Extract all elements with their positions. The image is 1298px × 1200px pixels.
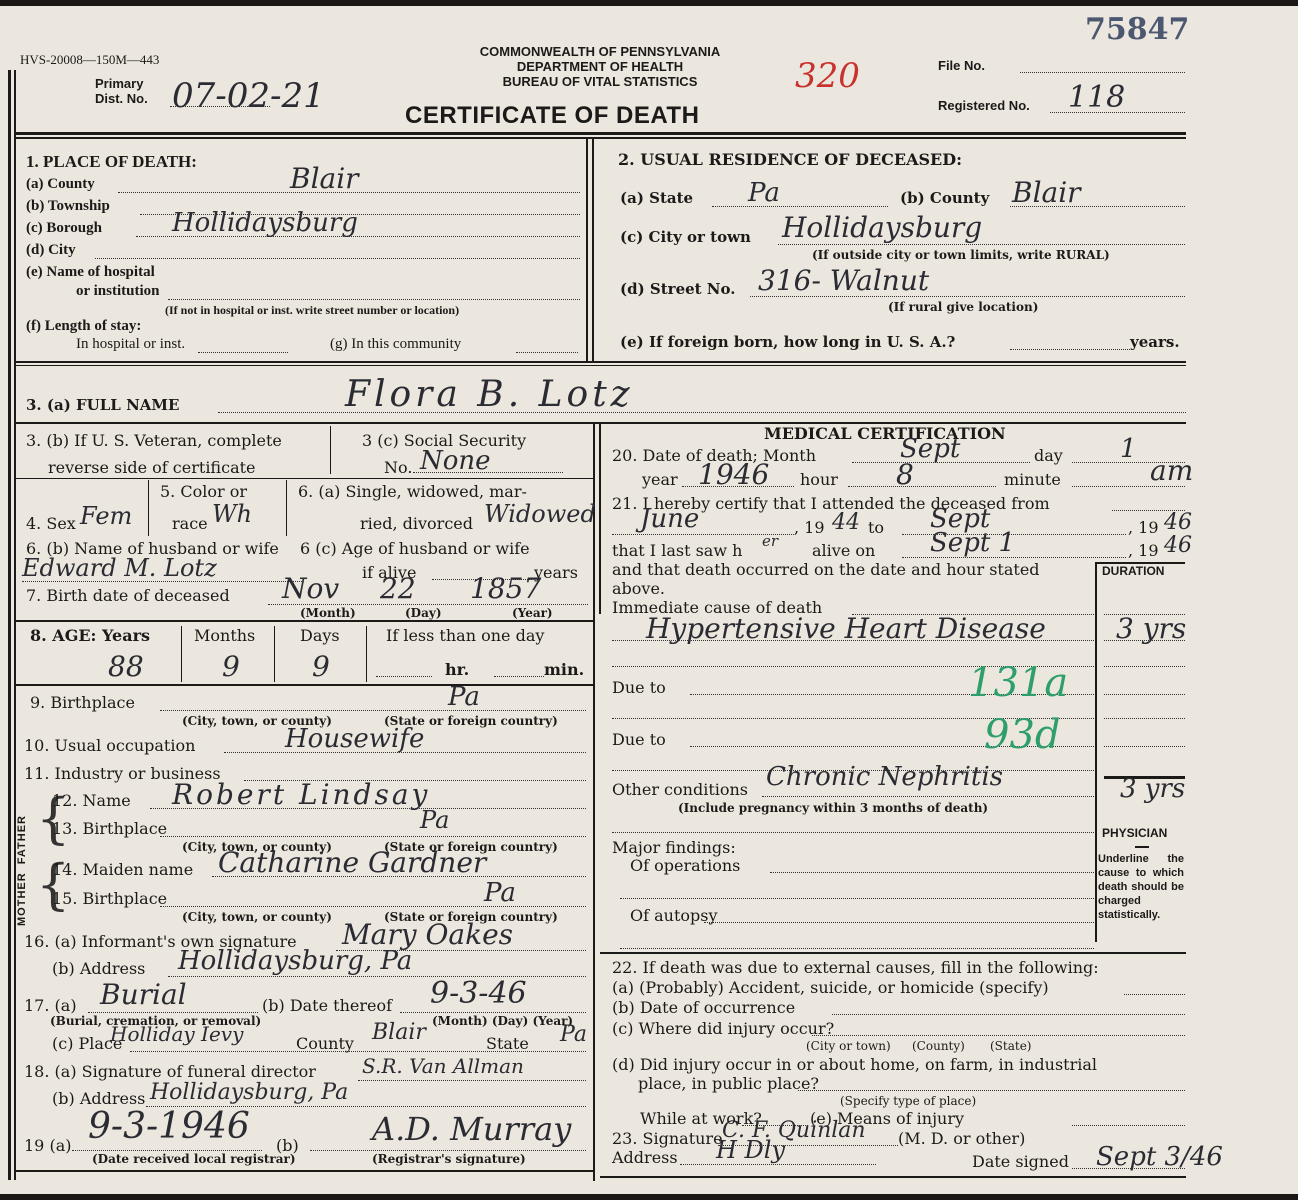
duration-heading: DURATION xyxy=(1102,564,1164,578)
foreign-born-label: (e) If foreign born, how long in U. S. A… xyxy=(620,333,955,351)
agency-commonwealth: COMMONWEALTH OF PENNSYLVANIA xyxy=(420,44,780,59)
birth-date-label: 7. Birth date of deceased xyxy=(26,586,230,605)
hr-field[interactable] xyxy=(376,676,432,677)
rule-3 xyxy=(16,478,593,479)
birthplace-label: 9. Birthplace xyxy=(30,693,135,712)
race-value: Wh xyxy=(212,500,252,528)
veteran-divider xyxy=(330,426,331,474)
death-hour-line xyxy=(848,486,996,487)
external-c-city-note: (City or town) xyxy=(806,1039,891,1053)
days-label: Days xyxy=(300,626,340,645)
mother-maiden-value: Catharine Gardner xyxy=(218,846,486,879)
occurred-label: and that death occurred on the date and … xyxy=(612,560,1040,579)
birth-year-note: (Year) xyxy=(512,606,553,620)
color-label: 5. Color or xyxy=(160,482,247,501)
alive-year: 46 xyxy=(1164,533,1192,558)
date-received-line xyxy=(72,1150,262,1151)
autopsy-field[interactable] xyxy=(704,922,1094,923)
race-label: race xyxy=(172,514,208,533)
funeral-address-value: Hollidaysburg, Pa xyxy=(150,1080,348,1105)
birth-month-note: (Month) xyxy=(300,606,356,620)
external-c-label: (c) Where did injury occur? xyxy=(612,1019,834,1038)
header-rule-2 xyxy=(16,137,1186,139)
other-conditions-note: (Include pregnancy within 3 months of de… xyxy=(678,801,988,815)
external-heading: 22. If death was due to external causes,… xyxy=(612,958,1099,977)
sex-value: Fem xyxy=(80,502,132,530)
city-label: (d) City xyxy=(26,242,76,259)
father-tag: FATHER xyxy=(16,815,28,864)
disposition-method-value: Burial xyxy=(100,978,187,1011)
external-b-field[interactable] xyxy=(832,1014,1185,1015)
death-year-label: year xyxy=(642,470,678,489)
hr-label: hr. xyxy=(445,660,469,679)
informant-address-value: Hollidaysburg, Pa xyxy=(178,946,412,976)
disposition-date-note: (Month) (Day) (Year) xyxy=(432,1014,573,1028)
county-value: Blair xyxy=(290,162,359,195)
other-conditions-line xyxy=(762,796,1094,797)
age-divider-1 xyxy=(181,626,182,682)
alive-on-value: Sept 1 xyxy=(930,528,1015,558)
spouse-value: Edward M. Lotz xyxy=(22,554,217,582)
rule-5 xyxy=(16,684,593,686)
death-hour-label: hour xyxy=(800,470,838,489)
foreign-born-suffix: years. xyxy=(1130,333,1180,351)
county-label: (a) County xyxy=(26,176,95,193)
form-code: HVS-20008—150M—443 xyxy=(20,52,159,68)
township-label: (b) Township xyxy=(26,198,110,215)
spouse-age-label: 6 (c) Age of husband or wife xyxy=(300,539,530,558)
operations-field[interactable] xyxy=(770,872,1094,873)
residence-state-label: (a) State xyxy=(620,189,693,207)
father-name-value: Robert Lindsay xyxy=(172,778,430,811)
mother-birthplace-value: Pa xyxy=(484,878,516,908)
birthplace-line xyxy=(160,710,586,711)
due-to-label-2: Due to xyxy=(612,730,666,749)
mother-maiden-label: 14. Maiden name xyxy=(52,860,193,879)
hospital-field[interactable] xyxy=(168,299,580,300)
duration-line-2 xyxy=(1104,666,1185,667)
birthplace-value: Pa xyxy=(448,682,480,712)
age-label: 8. AGE: Years xyxy=(30,626,150,645)
bottom-rule-right xyxy=(600,1176,1186,1178)
informant-address-label: (b) Address xyxy=(52,959,145,978)
occupation-value: Housewife xyxy=(285,724,424,754)
certify-to-year: 46 xyxy=(1164,510,1192,535)
rule-4 xyxy=(16,620,593,622)
father-birthplace-value: Pa xyxy=(420,806,449,834)
mother-birthplace-label: 15. Birthplace xyxy=(52,889,167,908)
disposition-line xyxy=(88,1012,258,1013)
date-received-note: (Date received local registrar) xyxy=(92,1152,296,1166)
disposition-date-line xyxy=(400,1012,586,1013)
less-day-label: If less than one day xyxy=(386,626,544,645)
physician-heading: PHYSICIAN xyxy=(1102,826,1167,840)
residence-street-note: (If rural give location) xyxy=(888,300,1038,314)
hospital-label: (e) Name of hospital xyxy=(26,264,155,281)
death-certificate: HVS-20008—150M—443 Primary Dist. No. 07-… xyxy=(0,6,1298,1194)
stamp-number: 75847 xyxy=(1085,12,1189,47)
agency-bureau: BUREAU OF VITAL STATISTICS xyxy=(420,74,780,89)
months-label: Months xyxy=(194,626,255,645)
alive-year-prefix: , 19 xyxy=(1128,541,1159,560)
residence-city-note: (If outside city or town limits, write R… xyxy=(812,248,1110,262)
autopsy-field-2[interactable] xyxy=(620,948,1094,949)
disposition-state-label: State xyxy=(486,1034,529,1053)
occupation-label: 10. Usual occupation xyxy=(24,736,195,755)
disposition-county-label: County xyxy=(296,1034,354,1053)
funeral-director-label: 18. (a) Signature of funeral director xyxy=(24,1062,316,1081)
stay-hospital-label: In hospital or inst. xyxy=(76,336,185,353)
funeral-director-line xyxy=(358,1080,586,1081)
date-signed-label: Date signed xyxy=(972,1152,1069,1171)
birth-day: 22 xyxy=(380,572,416,605)
min-field[interactable] xyxy=(494,676,544,677)
file-no-field[interactable] xyxy=(1020,72,1185,73)
bottom-rule-left xyxy=(16,1170,593,1172)
section-divider xyxy=(586,139,588,361)
lower-divider xyxy=(593,424,595,1181)
disposition-place-value: Holliday Ievy xyxy=(110,1022,243,1046)
death-minute-value: am xyxy=(1150,454,1193,487)
cause-line-8 xyxy=(612,832,1094,833)
immediate-duration: 3 yrs xyxy=(1116,612,1186,645)
physician-dash xyxy=(1135,846,1149,848)
min-label: min. xyxy=(544,660,584,679)
veteran-label: 3. (b) If U. S. Veteran, complete xyxy=(26,431,282,450)
major-findings-label: Major findings: xyxy=(612,838,736,857)
full-name-value: Flora B. Lotz xyxy=(345,374,634,415)
external-c-field[interactable] xyxy=(812,1035,1185,1036)
red-annotation: 320 xyxy=(795,56,860,96)
primary-dist-value: 07-02-21 xyxy=(172,76,325,116)
disposition-label: 17. (a) xyxy=(24,996,77,1015)
residence-city-label: (c) City or town xyxy=(620,228,751,246)
veteran-label-2: reverse side of certificate xyxy=(48,458,256,477)
rule-2 xyxy=(16,422,1186,424)
last-saw-pronoun: er xyxy=(762,532,778,550)
parents-tag: MOTHER FATHER xyxy=(16,796,34,926)
physician-address-label: Address xyxy=(612,1148,678,1167)
certify-to-label: to xyxy=(868,518,884,537)
primary-label: Primary xyxy=(95,76,148,91)
physician-signature-suffix: (M. D. or other) xyxy=(898,1129,1025,1148)
due-to-1-code: 131a xyxy=(968,660,1068,706)
registered-no-label: Registered No. xyxy=(938,98,1030,113)
external-d-field[interactable] xyxy=(798,1090,1185,1091)
duration-line-3 xyxy=(1104,694,1185,695)
marital-value: Widowed xyxy=(484,500,596,528)
father-birthplace-label: 13. Birthplace xyxy=(52,819,167,838)
birth-day-note: (Day) xyxy=(405,606,442,620)
left-border xyxy=(8,70,11,1180)
death-day-value: 1 xyxy=(1120,434,1137,464)
residence-street-label: (d) Street No. xyxy=(620,280,735,298)
disposition-state-value: Pa xyxy=(560,1022,587,1047)
agency-department: DEPARTMENT OF HEALTH xyxy=(420,59,780,74)
father-birthplace-line xyxy=(160,836,586,837)
ssn-value: None xyxy=(420,446,491,476)
rule-1 xyxy=(16,361,1186,363)
certify-from-year: 44 xyxy=(832,510,860,535)
physician-signature-label: 23. Signature xyxy=(612,1129,723,1148)
due-to-2-code: 93d xyxy=(984,712,1061,758)
last-saw-label: that I last saw h xyxy=(612,541,742,560)
city-field[interactable] xyxy=(95,258,580,259)
mother-birthplace-city-note: (City, town, or county) xyxy=(182,910,332,924)
stay-community-label: (g) In this community xyxy=(330,336,461,353)
residence-city-value: Hollidaysburg xyxy=(782,211,982,244)
residence-city-line xyxy=(778,244,1185,245)
registrar-signature-note: (Registrar's signature) xyxy=(372,1152,526,1166)
institution-label: or institution xyxy=(76,283,160,300)
agency-block: COMMONWEALTH OF PENNSYLVANIA DEPARTMENT … xyxy=(420,44,780,89)
external-c-state-note: (State) xyxy=(990,1039,1031,1053)
registrar-signature-value: A.D. Murray xyxy=(372,1110,571,1148)
other-duration: 3 yrs xyxy=(1120,774,1185,804)
disposition-county-value: Blair xyxy=(372,1020,426,1045)
primary-dist-label: Primary Dist. No. xyxy=(95,76,148,106)
place-of-death-heading: 1. PLACE OF DEATH: xyxy=(26,152,197,172)
registrar-label-b: (b) xyxy=(276,1136,299,1155)
death-year-value: 1946 xyxy=(698,458,769,491)
marital-label-2: ried, divorced xyxy=(360,514,473,533)
mother-birthplace-line xyxy=(160,906,586,907)
lower-divider-b xyxy=(599,424,601,614)
birth-year: 1857 xyxy=(470,572,541,605)
immediate-cause-value: Hypertensive Heart Disease xyxy=(646,612,1046,645)
registrar-signature-line xyxy=(310,1150,586,1151)
father-name-label: 12. Name xyxy=(52,791,131,810)
disposition-date-value: 9-3-46 xyxy=(430,976,527,1011)
rule-1b xyxy=(16,365,1186,366)
certify-to-year-prefix: , 19 xyxy=(1128,518,1159,537)
full-name-label: 3. (a) FULL NAME xyxy=(26,396,179,414)
date-received-value: 9-3-1946 xyxy=(88,1106,250,1147)
stay-community-field[interactable] xyxy=(516,352,578,353)
residence-state-value: Pa xyxy=(748,178,780,208)
alive-on-label: alive on xyxy=(812,541,875,560)
residence-heading: 2. USUAL RESIDENCE OF DECEASED: xyxy=(618,150,962,169)
date-signed-value: Sept 3/46 xyxy=(1096,1142,1223,1172)
residence-county-value: Blair xyxy=(1012,176,1081,209)
external-b-label: (b) Date of occurrence xyxy=(612,998,795,1017)
operations-label: Of operations xyxy=(630,856,740,875)
marital-label: 6. (a) Single, widowed, mar- xyxy=(298,482,527,501)
death-minute-label: minute xyxy=(1004,470,1061,489)
medical-heading: MEDICAL CERTIFICATION xyxy=(764,424,1006,443)
certify-from-year-prefix: , 19 xyxy=(794,518,825,537)
sex-divider xyxy=(148,480,149,536)
disposition-date-label: (b) Date thereof xyxy=(262,996,392,1015)
borough-value: Hollidaysburg xyxy=(172,208,358,238)
other-conditions-label: Other conditions xyxy=(612,780,748,799)
page-title: CERTIFICATE OF DEATH xyxy=(405,102,699,130)
means-of-injury-field[interactable] xyxy=(1072,1125,1185,1126)
external-d-label-2: place, in public place? xyxy=(638,1074,819,1093)
residence-street-value: 316- Walnut xyxy=(758,264,929,297)
physician-note: Underline the cause to which death shoul… xyxy=(1098,852,1184,922)
spouse-line xyxy=(22,581,302,582)
residence-state-line xyxy=(712,206,888,207)
duration-line-5 xyxy=(1104,746,1185,747)
external-d-label: (d) Did injury occur in or about home, o… xyxy=(612,1055,1097,1074)
foreign-born-field[interactable] xyxy=(1010,349,1130,350)
physician-address-value: H Dly xyxy=(716,1136,785,1164)
other-conditions-value: Chronic Nephritis xyxy=(766,762,1003,792)
death-hour-value: 8 xyxy=(896,458,914,491)
ssn-no-label: No. xyxy=(384,458,412,477)
external-d-note: (Specify type of place) xyxy=(840,1094,976,1108)
borough-label: (c) Borough xyxy=(26,220,102,237)
external-a-field[interactable] xyxy=(1124,994,1185,995)
duration-line-4 xyxy=(1104,718,1185,719)
left-border-inner xyxy=(14,70,16,1180)
operations-field-2[interactable] xyxy=(620,898,1094,899)
dist-no-label: Dist. No. xyxy=(95,91,148,106)
hospital-note: (If not in hospital or inst. write stree… xyxy=(165,303,459,318)
certify-from-value: June xyxy=(640,504,699,534)
occurred-label-2: above. xyxy=(612,579,665,598)
stay-hospital-field[interactable] xyxy=(198,352,288,353)
section-divider-2 xyxy=(592,139,594,361)
physician-address-line xyxy=(680,1164,876,1165)
duration-divider xyxy=(1095,562,1097,942)
residence-county-label: (b) County xyxy=(900,189,989,207)
due-to-label-1: Due to xyxy=(612,678,666,697)
header-rule xyxy=(16,132,1186,135)
rule-external xyxy=(600,952,1186,954)
external-a-label: (a) (Probably) Accident, suicide, or hom… xyxy=(612,978,1049,997)
age-months-value: 9 xyxy=(222,650,240,683)
registered-no-value: 118 xyxy=(1068,80,1125,115)
birth-month: Nov xyxy=(282,572,339,605)
length-of-stay-label: (f) Length of stay: xyxy=(26,318,141,335)
age-years-value: 88 xyxy=(108,650,144,683)
race-divider xyxy=(286,480,287,536)
file-no-label: File No. xyxy=(938,58,985,73)
funeral-director-value: S.R. Van Allman xyxy=(362,1054,524,1078)
sex-label: 4. Sex xyxy=(26,514,76,533)
death-day-label: day xyxy=(1034,446,1063,465)
registrar-label-a: 19 (a) xyxy=(24,1136,71,1155)
age-divider-3 xyxy=(366,626,367,682)
age-divider-2 xyxy=(274,626,275,682)
external-c-county-note: (County) xyxy=(912,1039,965,1053)
mother-tag: MOTHER xyxy=(16,872,28,926)
age-days-value: 9 xyxy=(312,650,330,683)
